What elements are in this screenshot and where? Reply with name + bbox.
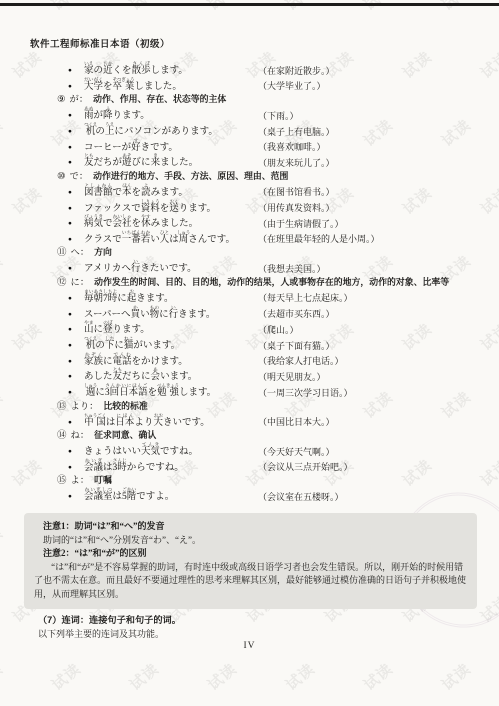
- bullet-icon: ●: [68, 190, 72, 197]
- watermark-tile: 试读: [47, 658, 85, 695]
- chinese-translation: （朋友来玩儿了。）: [258, 159, 335, 168]
- heading-description: 动作进行的地方、手段、方法、原因、理由、范围: [93, 171, 288, 181]
- japanese-sentence: 雨あめが降ふります。: [84, 106, 150, 122]
- example-row: ●家いえの近ちかくを散歩さんぽします。（在家附近散步。）: [0, 62, 499, 78]
- bullet-icon: ●: [68, 296, 72, 303]
- example-row: ●コーヒーが好すきです。（我喜欢咖啡。）: [0, 139, 499, 155]
- japanese-sentence: 週しゅうに3回日本語さんかいにほんごを勉 強べんきょうします。: [84, 383, 216, 399]
- chinese-translation: （我喜欢咖啡。）: [258, 143, 326, 152]
- watermark-tile: 试读: [125, 658, 163, 695]
- bullet-icon: ●: [68, 420, 72, 427]
- japanese-sentence: ファックスで資料しりょうを送おくります。: [84, 199, 216, 215]
- bullet-icon: ●: [68, 465, 72, 472]
- watermark-tile: 试读: [359, 658, 397, 695]
- watermark-tile: 试读: [203, 658, 241, 695]
- grammar-heading: ⑬より：比较的标准: [0, 400, 499, 414]
- grammar-heading: ⑮よ：叮嘱: [0, 474, 499, 488]
- chinese-translation: （桌子下面有猫。）: [258, 342, 335, 351]
- example-row: ●毎朝7時まいあさしちじに起おきます。（每天早上七点起床。）: [0, 290, 499, 306]
- chinese-translation: （用传真发资料。）: [258, 204, 335, 213]
- grammar-heading: ⑪へ：方向: [0, 246, 499, 260]
- chinese-translation: （每天早上七点起床。）: [258, 294, 353, 303]
- example-row: ●スーパーへ買かい物ものに行いきます。（去超市买东西。）: [0, 305, 499, 321]
- bullet-icon: ●: [68, 359, 72, 366]
- japanese-sentence: アメリカへ行いきたいです。: [84, 259, 197, 275]
- heading-description: 叮嘱: [94, 475, 112, 485]
- japanese-sentence: 山やまに登のぼります。: [84, 320, 150, 336]
- grammar-list: ●家いえの近ちかくを散歩さんぽします。（在家附近散步。）●大学だいがくを卒 業そ…: [0, 62, 499, 504]
- watermark-tile: 试读: [0, 522, 7, 559]
- example-row: ●病気びょうきで会社かいしゃを休やすみました。（由于生病请假了。）: [0, 215, 499, 231]
- chinese-translation: （一周三次学习日语。）: [258, 389, 353, 398]
- heading-description: 征求同意、确认: [94, 430, 156, 440]
- japanese-sentence: 中 国ちゅうごくは日本にほんより大おおきいです。: [84, 413, 210, 429]
- circled-number: ⑫: [57, 278, 67, 288]
- grammar-heading: ⑨が：动作、作用、存在、状态等的主体: [0, 93, 499, 107]
- particle-label: より：: [71, 402, 99, 412]
- example-row: ●会議室かいぎしつは5階ごかいですよ。（会议室在五楼呀。）: [0, 488, 499, 504]
- circled-number: ⑬: [57, 402, 67, 412]
- japanese-sentence: 友ともだちが遊あそびに来きました。: [84, 153, 198, 169]
- japanese-sentence: 病気びょうきで会社かいしゃを休やすみました。: [84, 214, 198, 230]
- bullet-icon: ●: [68, 327, 72, 334]
- heading-description: 比较的标准: [103, 401, 147, 411]
- japanese-sentence: 家族かぞくに電話でんわをかけます。: [84, 352, 188, 368]
- grammar-heading: ⑩で：动作进行的地方、手段、方法、原因、理由、范围: [0, 170, 499, 184]
- grammar-heading: ⑫に：动作发生的时间、目的、目的地，动作的结果，人或事物存在的地方，动作的对象、…: [0, 276, 499, 290]
- bullet-icon: ●: [68, 206, 72, 213]
- japanese-sentence: 家いえの近ちかくを散歩さんぽします。: [84, 61, 188, 77]
- chinese-translation: （会议从三点开始吧。）: [258, 463, 353, 472]
- watermark-tile: 试读: [437, 658, 475, 695]
- chinese-translation: （会议室在五楼呀。）: [258, 493, 344, 502]
- japanese-sentence: 会議室かいぎしつは5階ごかいですよ。: [84, 487, 174, 503]
- bullet-icon: ●: [68, 160, 72, 167]
- heading-description: 方向: [94, 247, 112, 257]
- example-row: ●机つくえの下したに猫ねこがいます。（桌子下面有猫。）: [0, 337, 499, 353]
- example-row: ●週しゅうに3回日本語さんかいにほんごを勉 強べんきょうします。（一周三次学习日…: [0, 384, 499, 400]
- particle-label: が：: [70, 95, 89, 105]
- bullet-icon: ●: [68, 312, 72, 319]
- japanese-sentence: コーヒーが好すきです。: [84, 138, 178, 154]
- note2-title: 注意2：“は”和“が”的区别: [34, 547, 467, 561]
- bullet-icon: ●: [68, 221, 72, 228]
- japanese-sentence: 毎朝7時まいあさしちじに起おきます。: [84, 289, 174, 305]
- example-row: ●アメリカへ行いきたいです。（我想去美国。）: [0, 260, 499, 276]
- example-row: ●図書館としょかんで本ほんを読よみます。（在图书馆看书。）: [0, 184, 499, 200]
- example-row: ●山やまに登のぼります。（爬山。）: [0, 321, 499, 337]
- chinese-translation: （我想去美国。）: [258, 265, 326, 274]
- chinese-translation: （明天见朋友。）: [258, 373, 326, 382]
- example-row: ●中 国ちゅうごくは日本にほんより大おおきいです。（中国比日本大。）: [0, 413, 499, 429]
- bullet-icon: ●: [68, 68, 72, 75]
- chinese-translation: （爬山。）: [258, 326, 299, 335]
- circled-number: ⑨: [57, 95, 66, 105]
- grammar-heading: ⑭ね：征求同意、确认: [0, 429, 499, 443]
- watermark-tile: 试读: [281, 658, 319, 695]
- page-header-title: 软件工程师标准日本语（初级）: [30, 36, 170, 50]
- circled-number: ⑮: [57, 476, 67, 486]
- bullet-icon: ●: [68, 266, 72, 273]
- chinese-translation: （中国比日本大。）: [258, 418, 335, 427]
- section7-body: 以下列举主要的连词及其功能。: [38, 627, 164, 640]
- circled-number: ⑩: [57, 172, 66, 182]
- bullet-icon: ●: [68, 237, 72, 244]
- bullet-icon: ●: [68, 449, 72, 456]
- circled-number: ⑪: [57, 248, 67, 258]
- chinese-translation: （在图书馆看书。）: [258, 188, 335, 197]
- chinese-translation: （在班里最年轻的人是小周。）: [258, 235, 380, 244]
- particle-label: で：: [70, 172, 89, 182]
- japanese-sentence: 机つくえの上うえにパソコンがあります。: [84, 122, 218, 138]
- bullet-icon: ●: [68, 113, 72, 120]
- document-page: 试读试读试读试读试读试读试读试读试读试读试读试读试读试读试读试读试读试读试读试读…: [0, 0, 499, 706]
- page-number: IV: [0, 641, 499, 651]
- particle-label: ね：: [71, 431, 90, 441]
- example-row: ●きょうはいい天気てんきですね。（今天好天气啊。）: [0, 443, 499, 459]
- bullet-icon: ●: [68, 145, 72, 152]
- particle-label: へ：: [71, 248, 90, 258]
- note1-body: 助词的“は”和“へ”分别发音“わ”、“え”。: [34, 534, 467, 548]
- japanese-sentence: 会議かいぎは3時さんじからですね。: [84, 458, 184, 474]
- chinese-translation: （桌子上有电脑。）: [258, 128, 335, 137]
- example-row: ●家族かぞくに電話でんわをかけます。（我给家人打电话。）: [0, 353, 499, 369]
- chinese-translation: （在家附近散步。）: [258, 67, 335, 76]
- note1-title: 注意1：助词“は”和“へ”的发音: [34, 520, 467, 534]
- watermark-tile: 试读: [476, 590, 499, 627]
- japanese-sentence: きょうはいい天気てんきですね。: [84, 442, 198, 458]
- bullet-icon: ●: [68, 84, 72, 91]
- bullet-icon: ●: [68, 494, 72, 501]
- japanese-sentence: 机つくえの下したに猫ねこがいます。: [84, 336, 180, 352]
- example-row: ●机つくえの上うえにパソコンがあります。（桌子上有电脑。）: [0, 123, 499, 139]
- bullet-icon: ●: [68, 390, 72, 397]
- chinese-translation: （我给家人打电话。）: [258, 357, 344, 366]
- example-row: ●大学だいがくを卒 業そつぎょうしました。（大学毕业了。）: [0, 78, 499, 94]
- chinese-translation: （下雨。）: [258, 112, 299, 121]
- japanese-sentence: あした友ともだちに会あいます。: [84, 367, 197, 383]
- particle-label: よ：: [71, 476, 90, 486]
- chinese-translation: （由于生病请假了。）: [258, 220, 344, 229]
- example-row: ●友ともだちが遊あそびに来きました。（朋友来玩儿了。）: [0, 154, 499, 170]
- japanese-sentence: スーパーへ買かい物ものに行いきます。: [84, 305, 215, 321]
- section7-title: （7）连词：连接句子和句子的词。: [38, 612, 181, 626]
- heading-description: 动作发生的时间、目的、目的地，动作的结果，人或事物存在的地方，动作的对象、比率等: [94, 277, 449, 287]
- chinese-translation: （大学毕业了。）: [258, 82, 326, 91]
- japanese-sentence: クラスで一番若いちばんわかい人ひとは周しゅうさんです。: [84, 230, 235, 246]
- example-row: ●クラスで一番若いちばんわかい人ひとは周しゅうさんです。（在班里最年轻的人是小周…: [0, 231, 499, 247]
- heading-description: 动作、作用、存在、状态等的主体: [93, 94, 226, 104]
- watermark-tile: 试读: [0, 658, 7, 695]
- chinese-translation: （今天好天气啊。）: [258, 448, 335, 457]
- note2-body: “は”和“が”是不容易掌握的助词，有时连中级或高级日语学习者也会发生错误。所以，…: [34, 561, 467, 602]
- chinese-translation: （去超市买东西。）: [258, 310, 335, 319]
- example-row: ●あした友ともだちに会あいます。（明天见朋友。）: [0, 368, 499, 384]
- scan-edge-top: [0, 3, 499, 6]
- example-row: ●雨あめが降ふります。（下雨。）: [0, 107, 499, 123]
- japanese-sentence: 大学だいがくを卒 業そつぎょうしました。: [84, 77, 182, 93]
- example-row: ●ファックスで資料しりょうを送おくります。（用传真发资料。）: [0, 199, 499, 215]
- particle-label: に：: [71, 278, 90, 288]
- note-box: 注意1：助词“は”和“へ”的发音 助词的“は”和“へ”分别发音“わ”、“え”。 …: [24, 513, 477, 609]
- bullet-icon: ●: [68, 129, 72, 136]
- circled-number: ⑭: [57, 431, 67, 441]
- example-row: ●会議かいぎは3時さんじからですね。（会议从三点开始吧。）: [0, 459, 499, 475]
- bullet-icon: ●: [68, 374, 72, 381]
- bullet-icon: ●: [68, 343, 72, 350]
- japanese-sentence: 図書館としょかんで本ほんを読よみます。: [84, 183, 188, 199]
